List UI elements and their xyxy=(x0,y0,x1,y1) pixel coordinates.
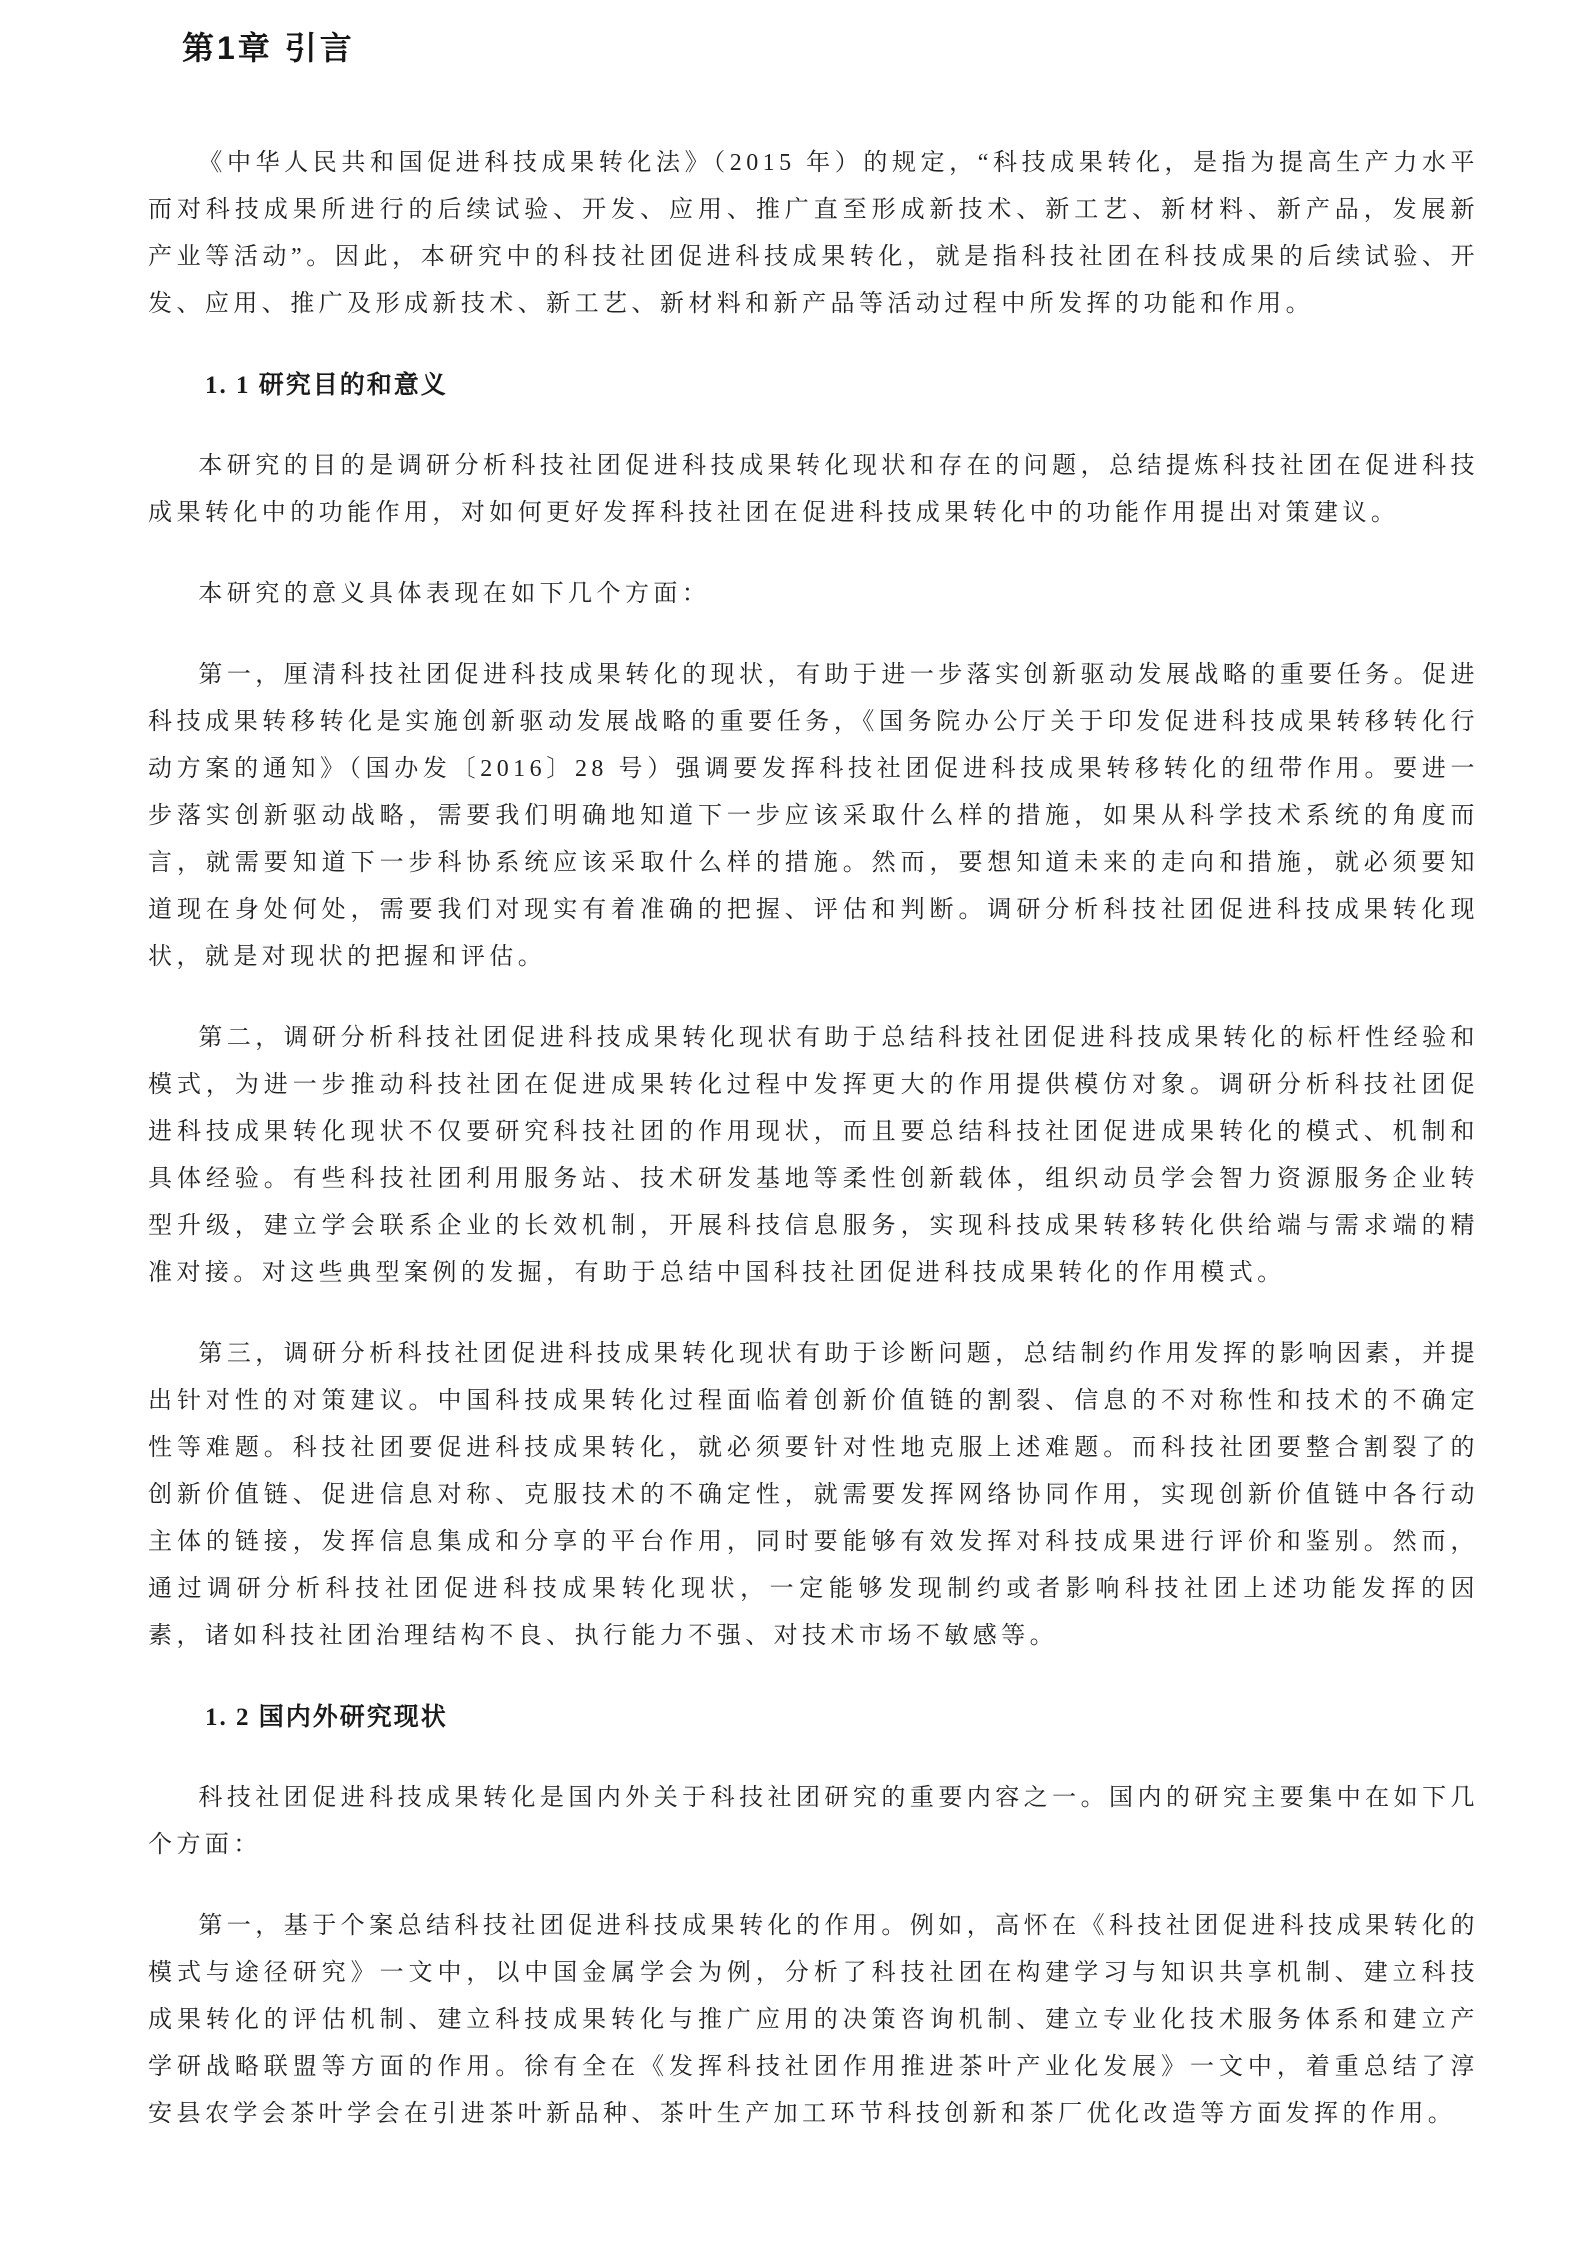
section-heading-1-2: 1. 2 国内外研究现状 xyxy=(205,1694,1479,1741)
paragraph-research-status-point-one: 第一，基于个案总结科技社团促进科技成果转化的作用。例如，高怀在《科技社团促进科技… xyxy=(148,1903,1479,2138)
paragraph-point-three: 第三，调研分析科技社团促进科技成果转化现状有助于诊断问题，总结制约作用发挥的影响… xyxy=(148,1331,1479,1660)
paragraph-purpose: 本研究的目的是调研分析科技社团促进科技成果转化现状和存在的问题，总结提炼科技社团… xyxy=(148,443,1479,537)
paragraph-intro: 《中华人民共和国促进科技成果转化法》（2015 年）的规定，“科技成果转化，是指… xyxy=(148,140,1479,328)
paragraph-point-one: 第一，厘清科技社团促进科技成果转化的现状，有助于进一步落实创新驱动发展战略的重要… xyxy=(148,652,1479,981)
paragraph-point-two: 第二，调研分析科技社团促进科技成果转化现状有助于总结科技社团促进科技成果转化的标… xyxy=(148,1015,1479,1297)
section-heading-1-1: 1. 1 研究目的和意义 xyxy=(205,362,1479,409)
document-page: 第1章 引言 《中华人民共和国促进科技成果转化法》（2015 年）的规定，“科技… xyxy=(0,0,1587,2245)
paragraph-research-status-lead: 科技社团促进科技成果转化是国内外关于科技社团研究的重要内容之一。国内的研究主要集… xyxy=(148,1775,1479,1869)
chapter-title: 第1章 引言 xyxy=(182,26,1479,70)
paragraph-significance-lead: 本研究的意义具体表现在如下几个方面： xyxy=(148,571,1479,618)
